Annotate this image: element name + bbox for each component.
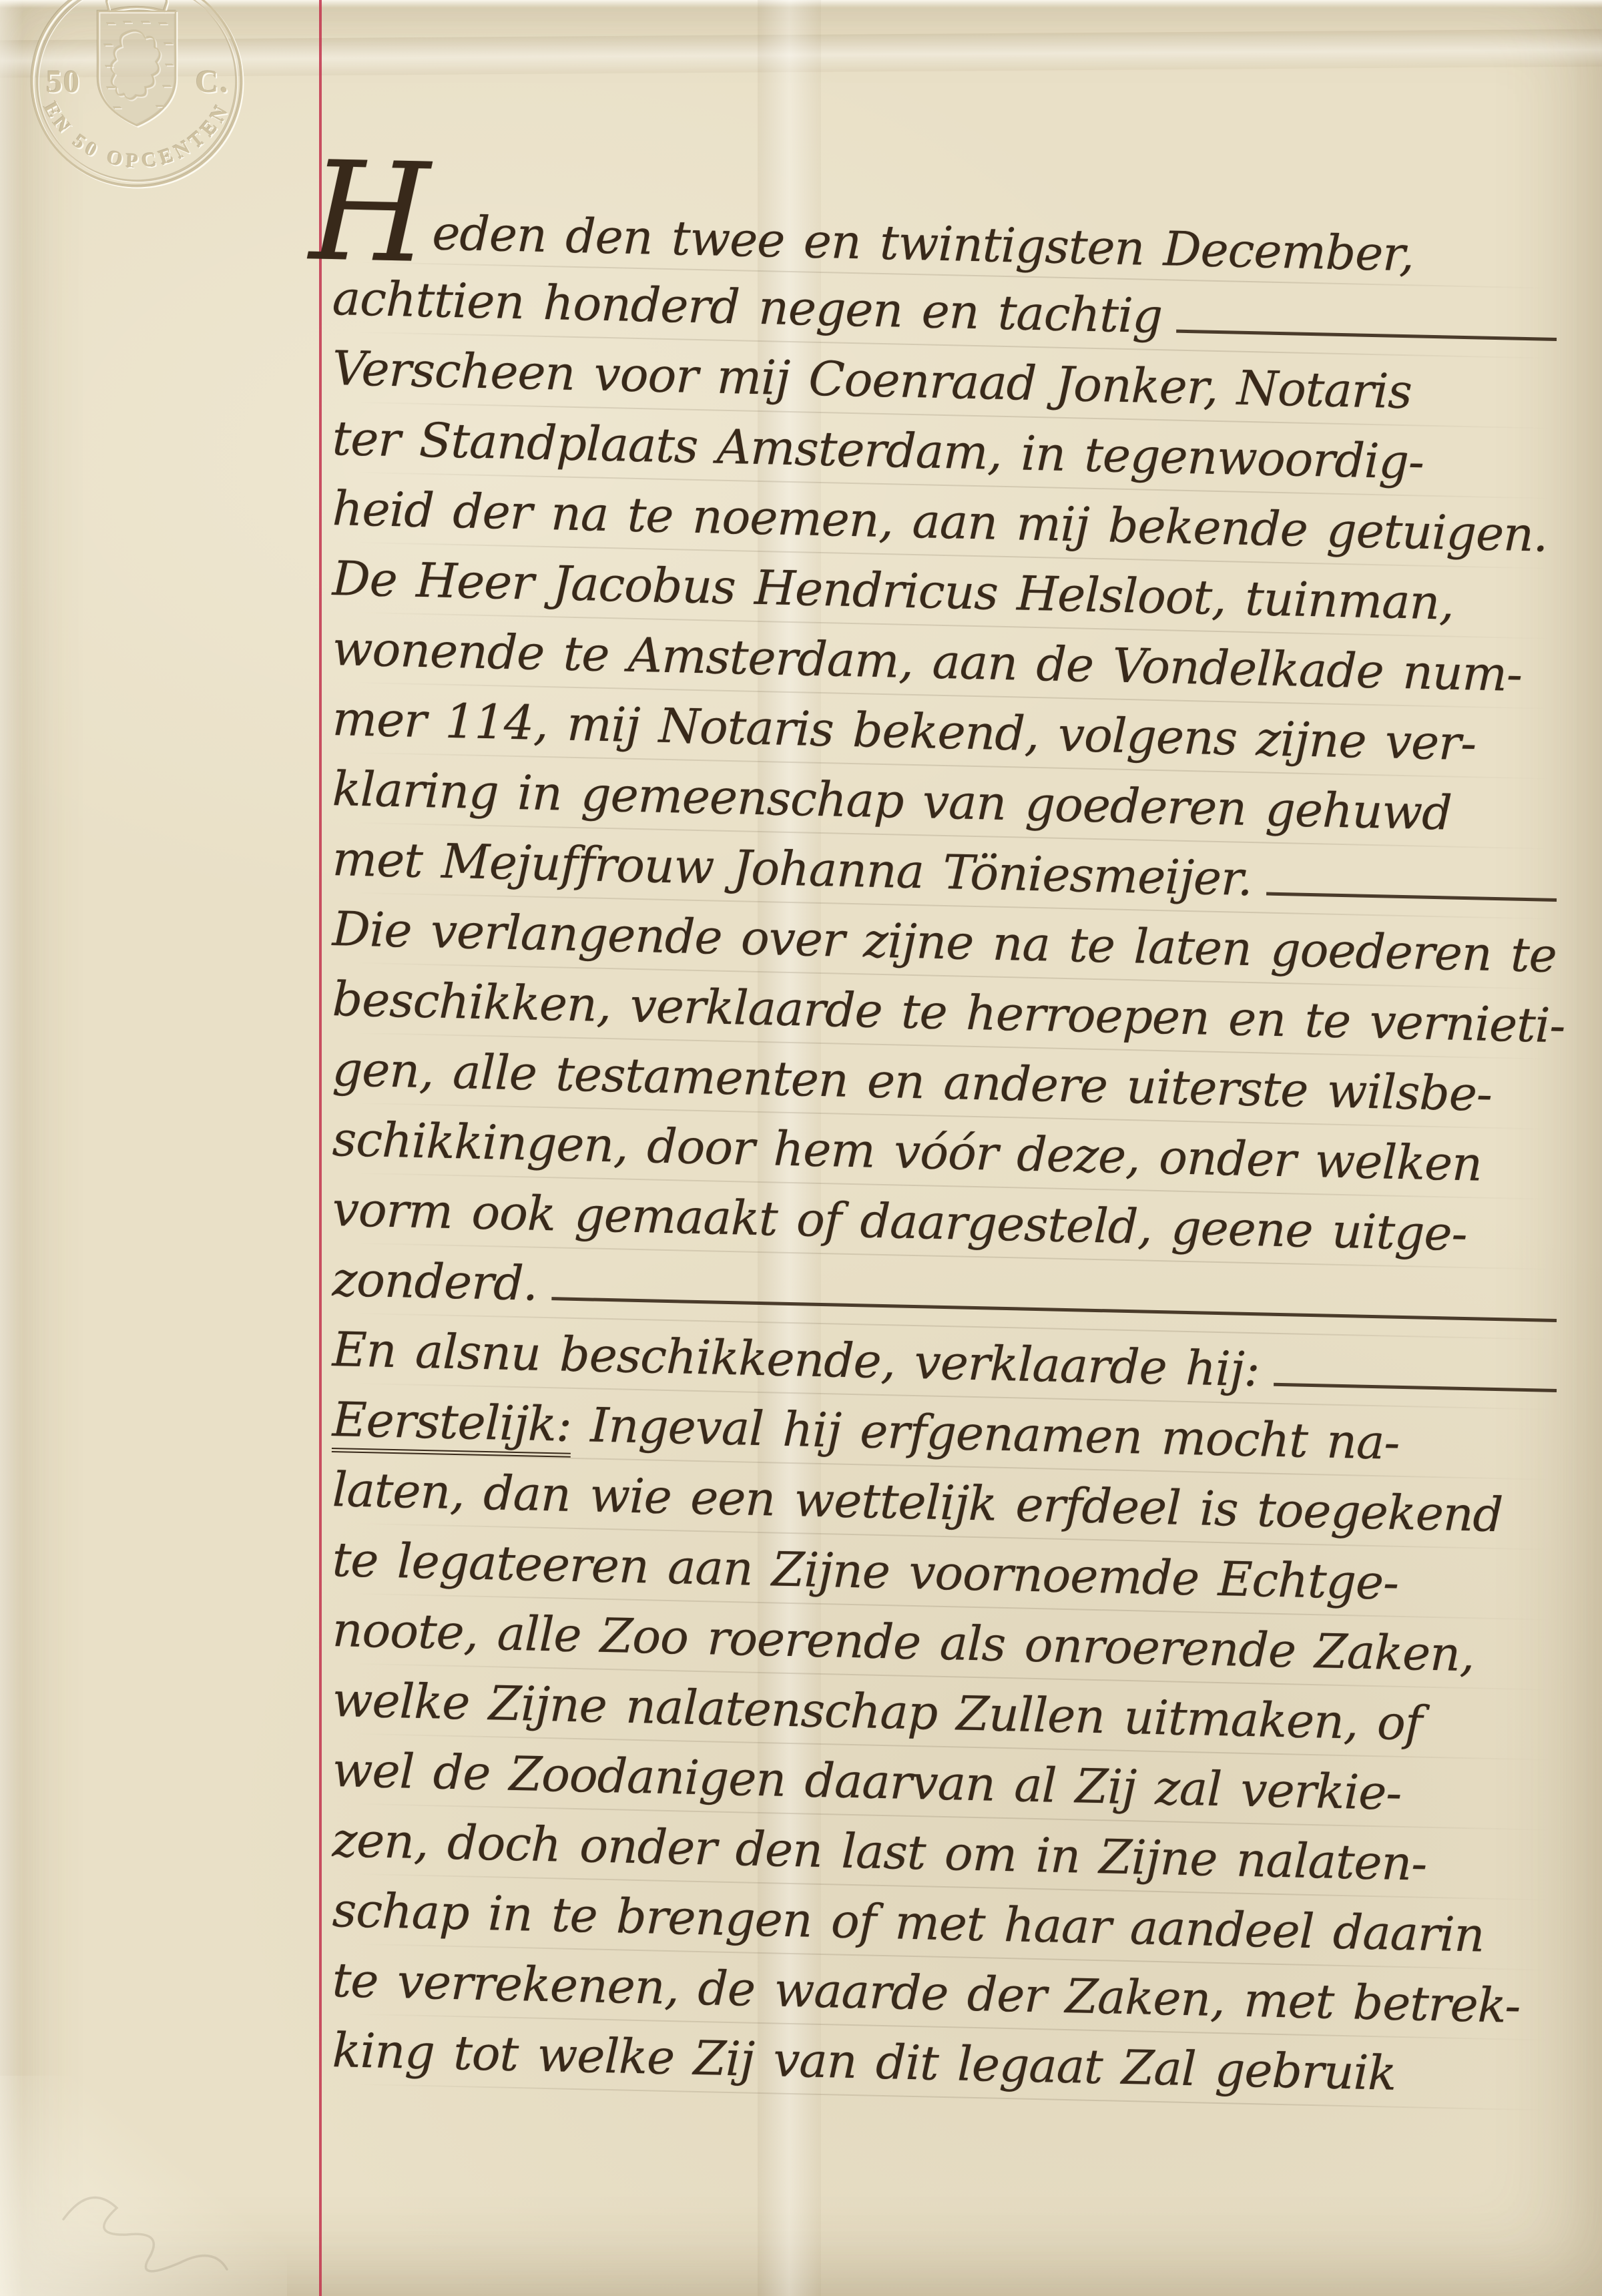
ink-rule-filler [1266,892,1557,902]
pencil-scribble [27,2156,294,2296]
scanned-notarial-deed-page: 50 C. EN 50 OPCENTEN Heden den twee en t… [0,0,1602,2296]
stamp-value-right: C. [196,64,230,99]
embossed-revenue-stamp: 50 C. EN 50 OPCENTEN [7,0,287,190]
underlined-lead-word: Eerstelijk: [332,1392,572,1458]
stamp-crown [107,0,167,11]
page-left-edge [0,0,23,2296]
ink-rule-filler [552,1297,1557,1322]
stamp-value-left: 50 [46,64,81,99]
ink-rule-filler [1274,1383,1557,1392]
ornate-initial-capital: H [310,212,429,214]
stamp-shield [98,11,176,125]
ink-rule-filler [1176,330,1557,341]
handwritten-text-block: Heden den twee en twintigsten December,a… [332,200,1577,2092]
red-margin-rule [319,0,322,2296]
